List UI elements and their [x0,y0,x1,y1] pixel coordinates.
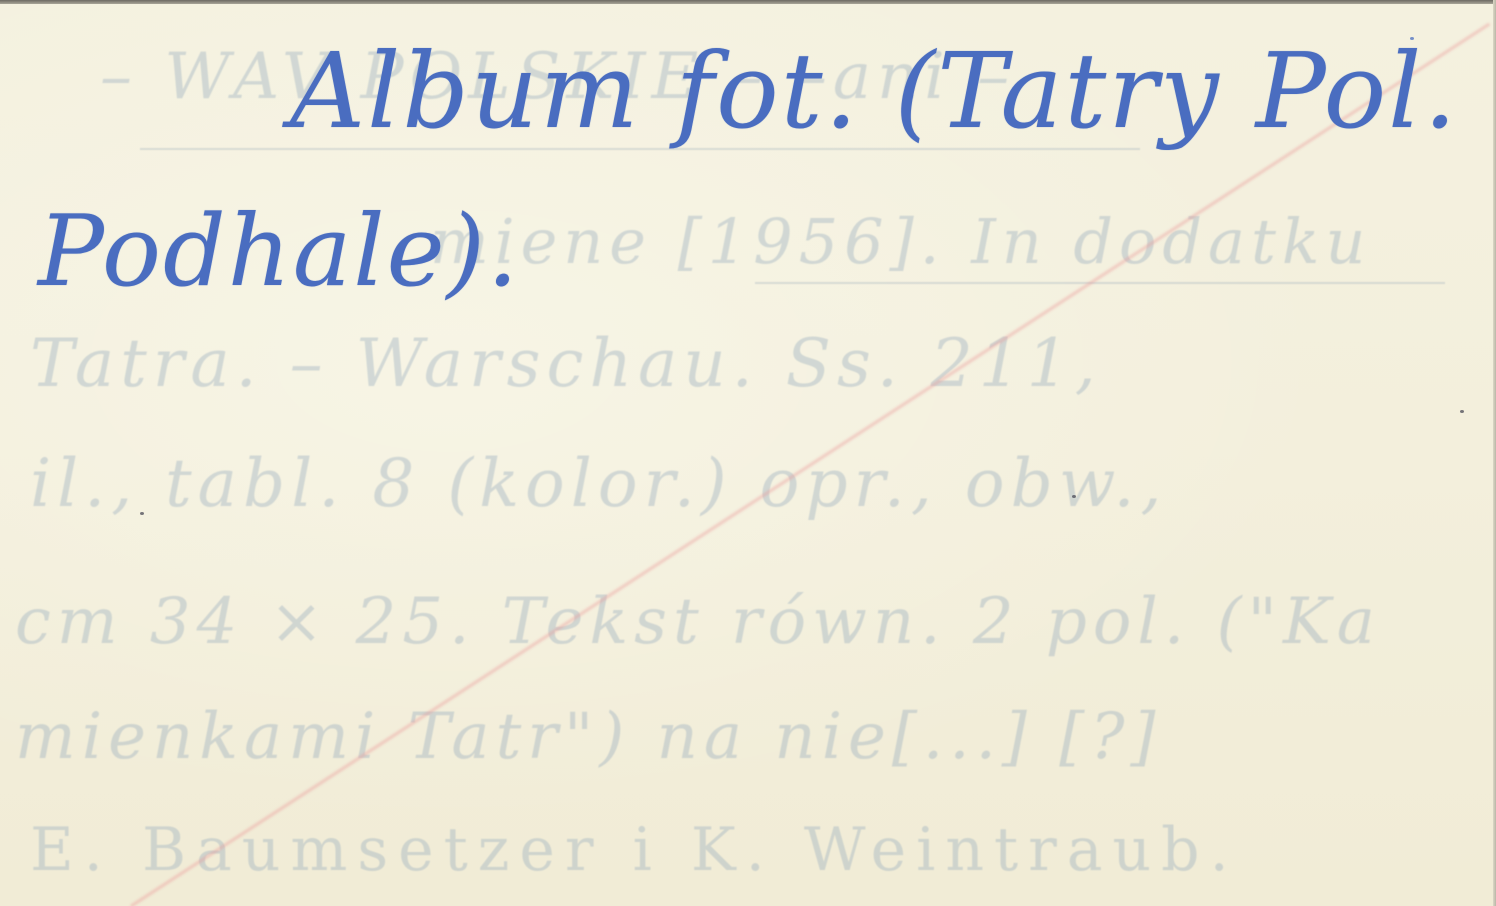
paper-speck [1072,495,1076,498]
title-line-1: Album fot. (Tatry Pol. i [290,30,1496,152]
catalog-card: – WAV POLSKIE – –ani – miene [1956]. In … [0,0,1496,906]
bleed-line-2: miene [1956]. In dodatku [430,205,1371,278]
paper-speck [1460,410,1464,413]
bleed-underline-2 [755,282,1445,284]
bleed-line-6: mienkami Tatr") na nie[...] [?] [15,700,1161,774]
bleed-line-4: il., tabl. 8 (kolor.) opr., obw., [30,445,1167,522]
paper-speck [140,512,144,515]
bleed-line-7: E. Baumsetzer i K. Weintraub. [30,815,1239,885]
bleed-line-5: cm 34 × 25. Tekst równ. 2 pol. ("Ka [15,585,1381,659]
title-line-2: Podhale). [38,195,520,309]
paper-speck [1410,37,1414,40]
bleed-line-3: Tatra. – Warschau. Ss. 211, [30,325,1102,402]
